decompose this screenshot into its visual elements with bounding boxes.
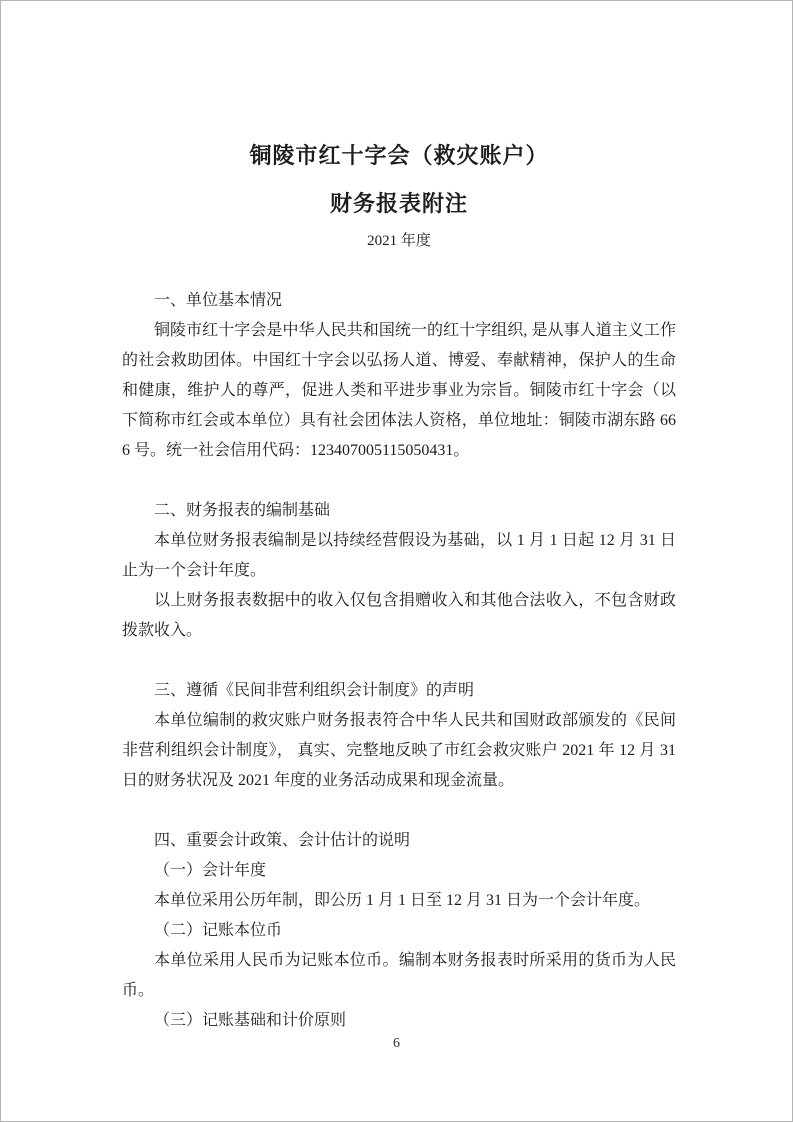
document-subtitle: 财务报表附注 <box>122 189 676 219</box>
page-number: 6 <box>1 1034 792 1054</box>
section-unit-basic-info: 一、单位基本情况 铜陵市红十字会是中华人民共和国统一的红十字组织, 是从事人道主… <box>122 286 676 466</box>
paragraph: 本单位采用人民币为记账本位币。编制本财务报表时所采用的货币为人民币。 <box>122 946 676 1006</box>
section-heading: 四、重要会计政策、会计估计的说明 <box>122 826 676 856</box>
paragraph: 铜陵市红十字会是中华人民共和国统一的红十字组织, 是从事人道主义工作的社会救助团… <box>122 316 676 466</box>
subsection-heading: （一）会计年度 <box>122 856 676 886</box>
section-compliance-statement: 三、遵循《民间非营利组织会计制度》的声明 本单位编制的救灾账户财务报表符合中华人… <box>122 676 676 796</box>
document-page: 铜陵市红十字会（救灾账户） 财务报表附注 2021 年度 一、单位基本情况 铜陵… <box>0 0 793 1122</box>
paragraph: 以上财务报表数据中的收入仅包含捐赠收入和其他合法收入，不包含财政拨款收入。 <box>122 586 676 646</box>
subsection-heading: （三）记账基础和计价原则 <box>122 1006 676 1036</box>
section-heading: 三、遵循《民间非营利组织会计制度》的声明 <box>122 676 676 706</box>
section-heading: 一、单位基本情况 <box>122 286 676 316</box>
document-title: 铜陵市红十字会（救灾账户） <box>122 141 676 171</box>
section-accounting-policies: 四、重要会计政策、会计估计的说明 （一）会计年度 本单位采用公历年制，即公历 1… <box>122 826 676 1036</box>
section-preparation-basis: 二、财务报表的编制基础 本单位财务报表编制是以持续经营假设为基础，以 1 月 1… <box>122 496 676 646</box>
paragraph: 本单位采用公历年制，即公历 1 月 1 日至 12 月 31 日为一个会计年度。 <box>122 886 676 916</box>
subsection-heading: （二）记账本位币 <box>122 916 676 946</box>
paragraph: 本单位财务报表编制是以持续经营假设为基础，以 1 月 1 日起 12 月 31 … <box>122 526 676 586</box>
paragraph: 本单位编制的救灾账户财务报表符合中华人民共和国财政部颁发的《民间非营利组织会计制… <box>122 706 676 796</box>
report-period: 2021 年度 <box>122 231 676 251</box>
section-heading: 二、财务报表的编制基础 <box>122 496 676 526</box>
